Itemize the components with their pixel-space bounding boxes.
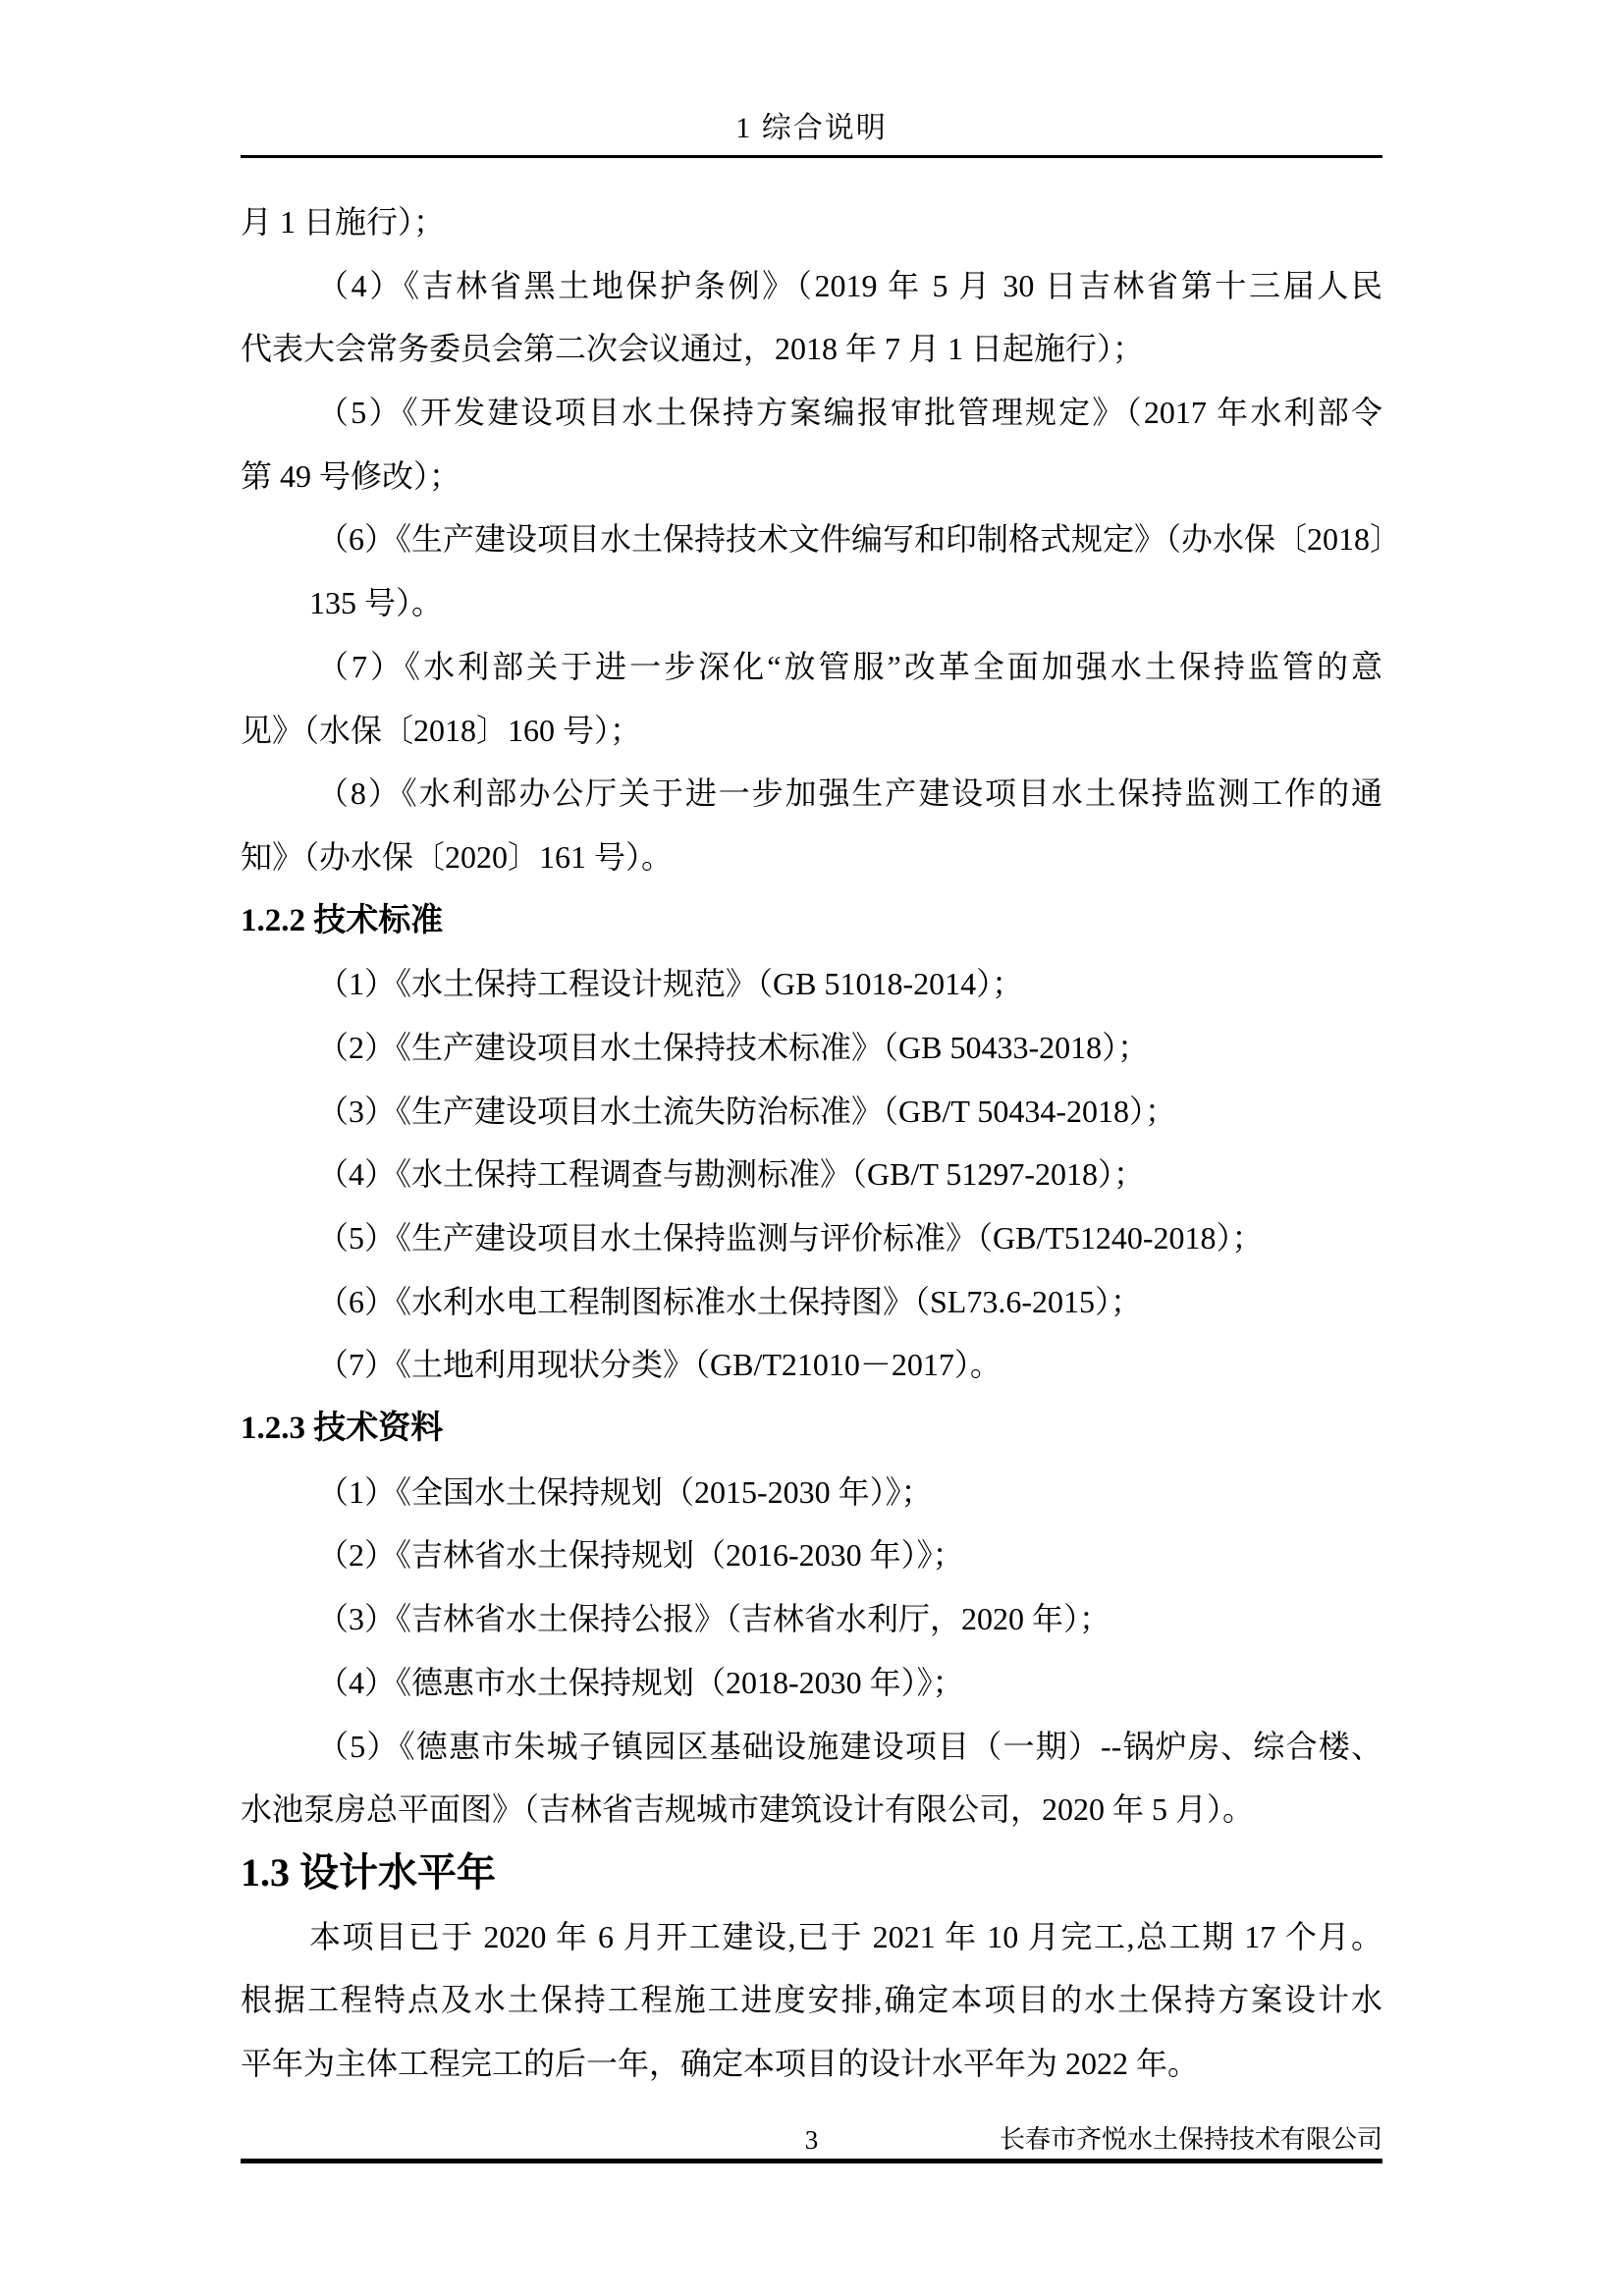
document-page: 1 综合说明 月 1 日施行）；（4）《吉林省黑土地保护条例》（2019 年 5… [0, 0, 1624, 2296]
document-line: （2）《生产建设项目水土保持技术标准》（GB 50433-2018）； [241, 1016, 1382, 1080]
document-line: 见》（水保〔2018〕160 号）； [241, 699, 1382, 763]
document-line: 月 1 日施行）； [241, 190, 1382, 254]
document-line: 本项目已于 2020 年 6 月开工建设,已于 2021 年 10 月完工,总工… [241, 1905, 1382, 1969]
document-line: （3）《吉林省水土保持公报》（吉林省水利厅，2020 年）； [241, 1587, 1382, 1651]
document-line: （4）《吉林省黑土地保护条例》（2019 年 5 月 30 日吉林省第十三届人民 [241, 254, 1382, 318]
document-line: （6）《生产建设项目水土保持技术文件编写和印制格式规定》（办水保〔2018〕 [241, 507, 1382, 571]
document-line: （8）《水利部办公厅关于进一步加强生产建设项目水土保持监测工作的通 [241, 762, 1382, 826]
header-rule [241, 155, 1382, 158]
footer-company-name: 长春市齐悦水土保持技术有限公司 [241, 2123, 1382, 2157]
document-line: 135 号）。 [241, 571, 1382, 635]
document-line: （2）《吉林省水土保持规划（2016-2030 年）》； [241, 1523, 1382, 1587]
document-line: （1）《水土保持工程设计规范》（GB 51018-2014）； [241, 952, 1382, 1016]
document-line: （1）《全国水土保持规划（2015-2030 年）》； [241, 1461, 1382, 1524]
page-header-title: 1 综合说明 [241, 110, 1382, 147]
document-line: （5）《德惠市朱城子镇园区基础设施建设项目（一期）--锅炉房、综合楼、 [241, 1715, 1382, 1779]
document-line: （4）《水土保持工程调查与勘测标准》（GB/T 51297-2018）； [241, 1143, 1382, 1206]
document-line: 知》（办水保〔2020〕161 号）。 [241, 826, 1382, 889]
document-line: （7）《土地利用现状分类》（GB/T21010－2017）。 [241, 1333, 1382, 1397]
document-line: （3）《生产建设项目水土流失防治标准》（GB/T 50434-2018）； [241, 1080, 1382, 1144]
section-heading-1-2-2-technical-standards: 1.2.2 技术标准 [241, 889, 1382, 953]
document-body: 月 1 日施行）；（4）《吉林省黑土地保护条例》（2019 年 5 月 30 日… [241, 190, 1382, 2096]
section-heading-1-2-3-technical-materials: 1.2.3 技术资料 [241, 1397, 1382, 1461]
document-line: 代表大会常务委员会第二次会议通过，2018 年 7 月 1 日起施行）； [241, 317, 1382, 381]
footer-rule [241, 2159, 1382, 2163]
document-line: 第 49 号修改）； [241, 445, 1382, 508]
document-line: （7）《水利部关于进一步深化“放管服”改革全面加强水土保持监管的意 [241, 635, 1382, 699]
document-line: 水池泵房总平面图》（吉林省吉规城市建筑设计有限公司，2020 年 5 月）。 [241, 1778, 1382, 1842]
document-line: （5）《开发建设项目水土保持方案编报审批管理规定》（2017 年水利部令 [241, 381, 1382, 445]
document-line: （5）《生产建设项目水土保持监测与评价标准》（GB/T51240-2018）； [241, 1206, 1382, 1270]
section-heading-1-3-design-level-year: 1.3 设计水平年 [241, 1842, 1382, 1905]
document-line: （6）《水利水电工程制图标准水土保持图》（SL73.6-2015）； [241, 1270, 1382, 1334]
document-line: 根据工程特点及水土保持工程施工进度安排,确定本项目的水土保持方案设计水 [241, 1968, 1382, 2032]
document-line: 平年为主体工程完工的后一年，确定本项目的设计水平年为 2022 年。 [241, 2032, 1382, 2096]
document-line: （4）《德惠市水土保持规划（2018-2030 年）》； [241, 1651, 1382, 1715]
